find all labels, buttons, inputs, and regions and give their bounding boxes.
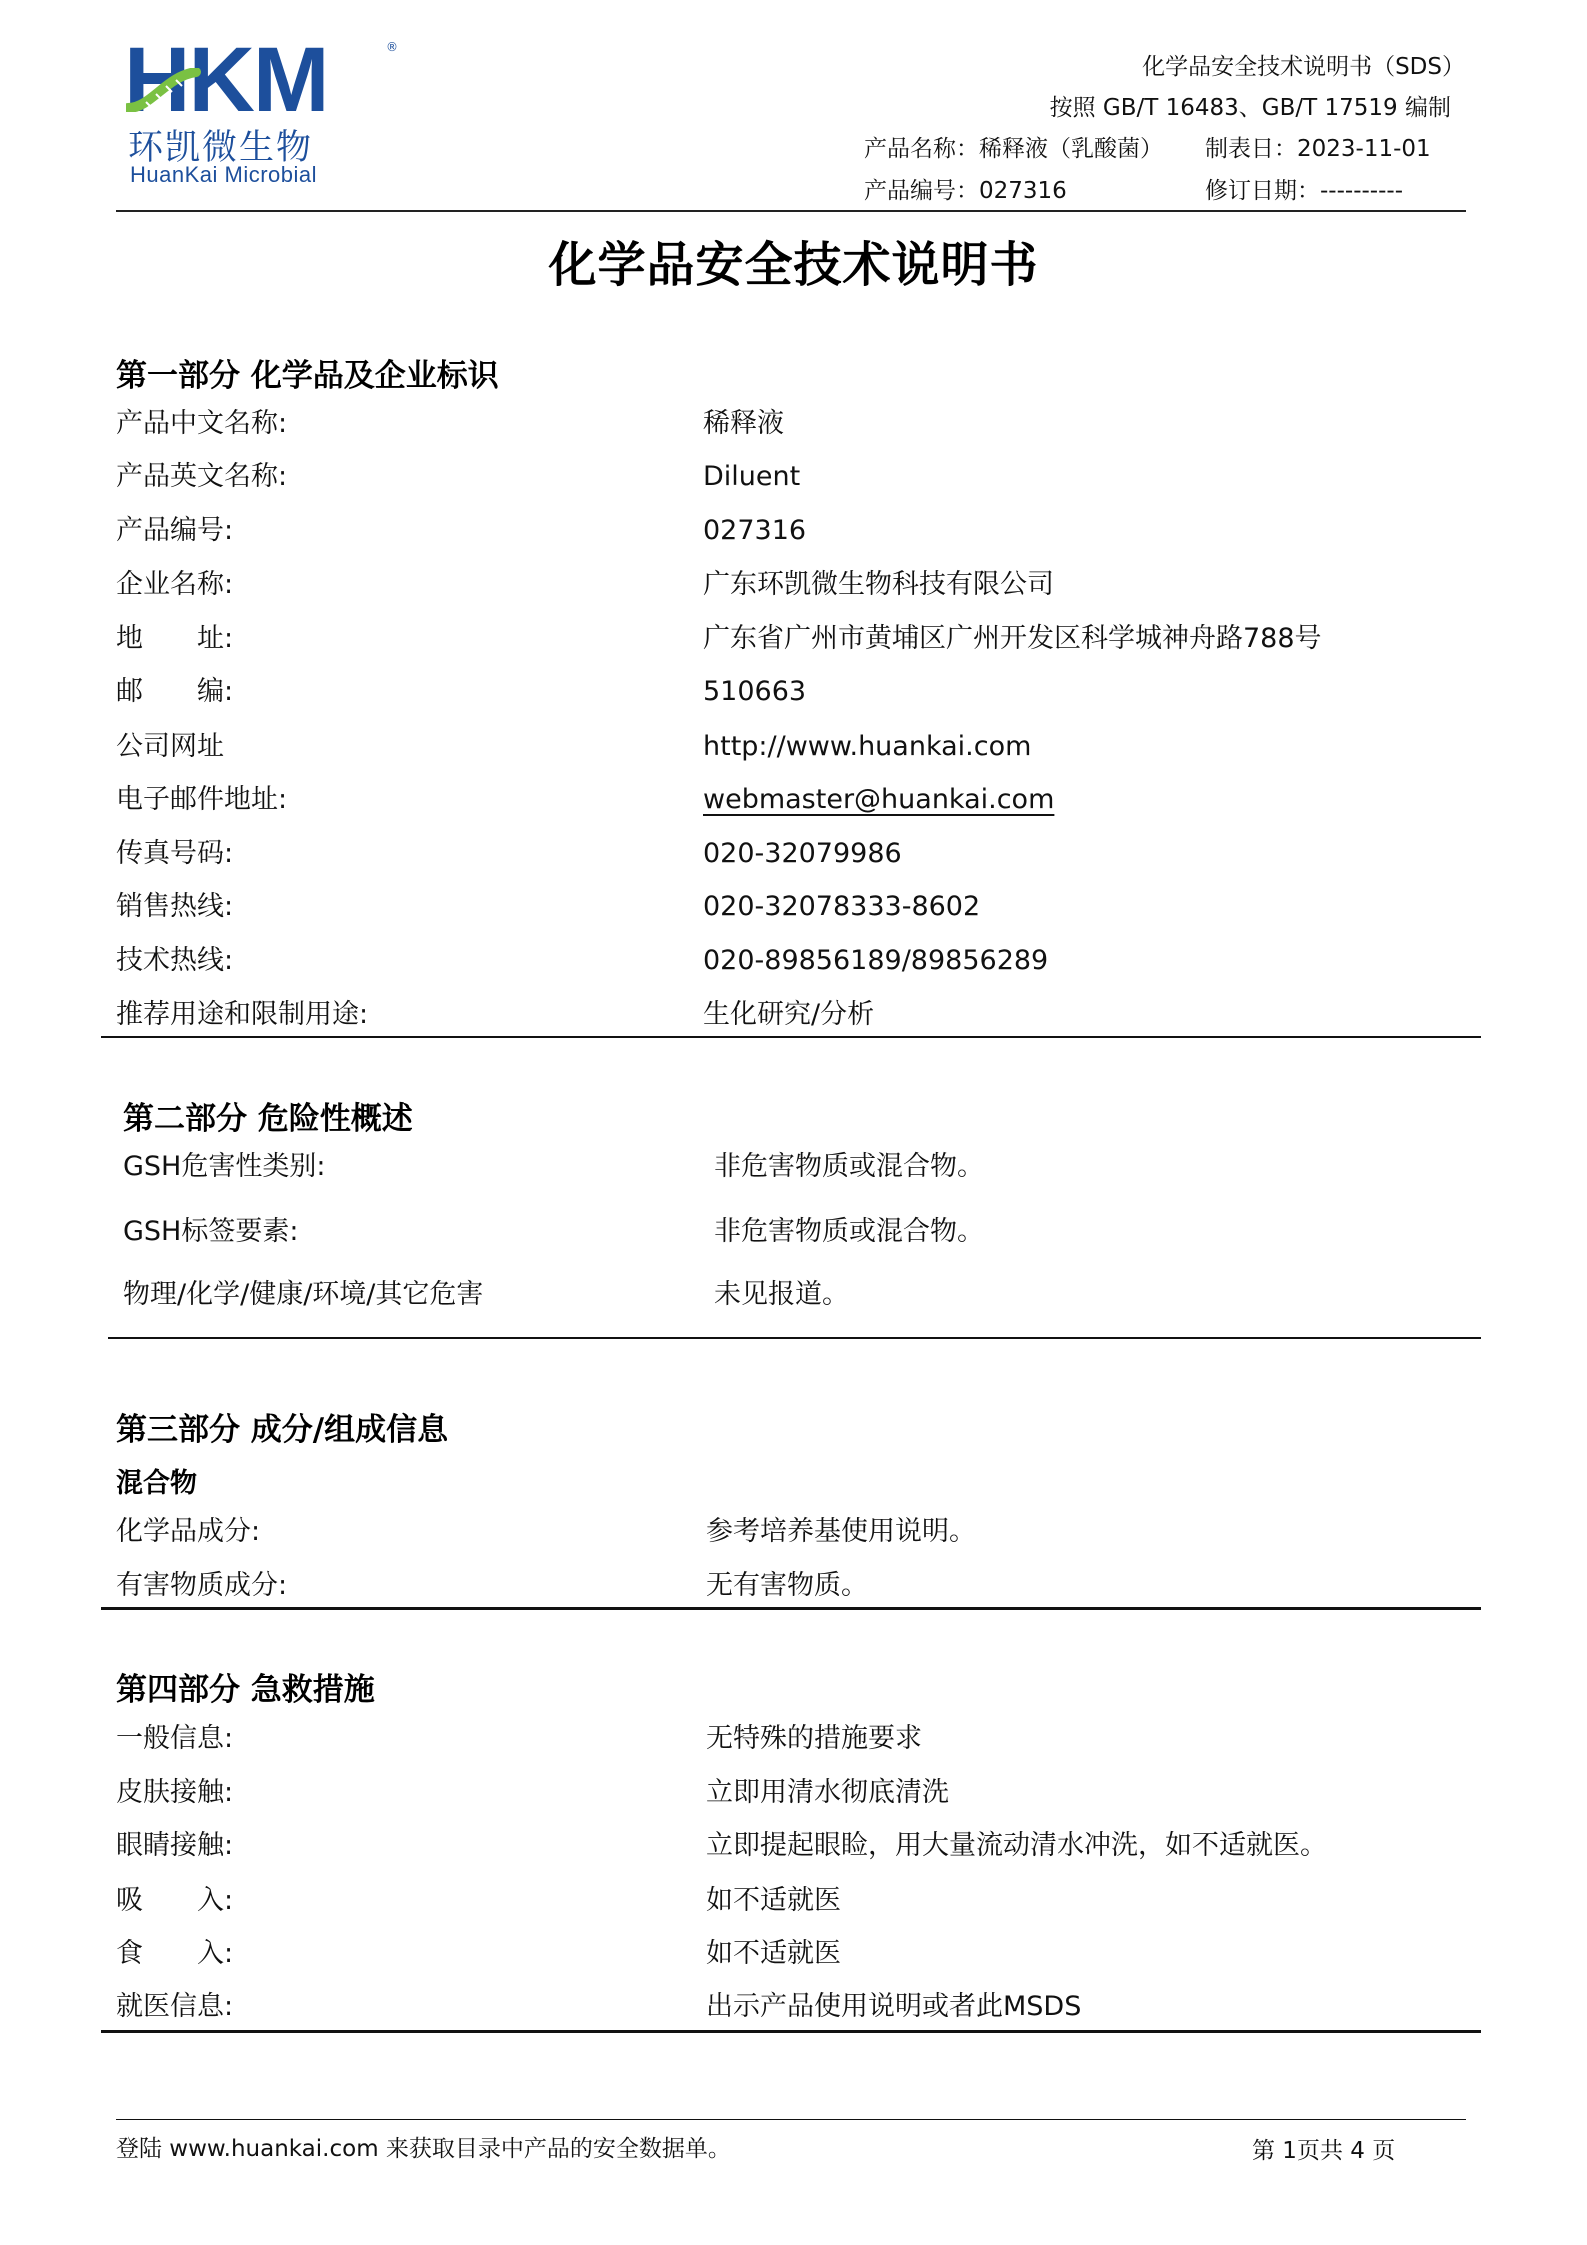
section-3-label: 化学品成分: — [116, 1515, 260, 1549]
section-1-label: 产品中文名称: — [116, 407, 287, 441]
header-standard: 按照 GB/T 16483、GB/T 17519 编制 — [1050, 89, 1451, 122]
section-1-title: 第一部分 化学品及企业标识 — [116, 350, 499, 395]
section-4-label: 眼睛接触: — [116, 1829, 233, 1863]
dna-helix-icon — [126, 68, 216, 112]
section-4-value: 如不适就医 — [706, 1884, 841, 1918]
section-4-value: 无特殊的措施要求 — [706, 1722, 922, 1756]
header-product-name: 产品名称：稀释液（乳酸菌） — [864, 130, 1163, 163]
section-1-value: 广东省广州市黄埔区广州开发区科学城神舟路788号 — [703, 622, 1322, 656]
revision-value: ---------- — [1320, 178, 1403, 204]
section-3-label: 有害物质成分: — [116, 1569, 287, 1603]
section-1-label: 产品编号: — [116, 514, 233, 548]
section-1-label: 推荐用途和限制用途: — [116, 998, 368, 1032]
document-title: 化学品安全技术说明书 — [0, 226, 1587, 295]
header-revision-date: 修订日期：---------- — [1205, 172, 1403, 205]
product-name-value: 稀释液（乳酸菌） — [979, 136, 1163, 162]
section-1-label: 企业名称: — [116, 568, 233, 602]
section-2-label: 物理/化学/健康/环境/其它危害 — [123, 1278, 483, 1312]
section-1-label: 公司网址 — [116, 730, 224, 764]
section-1-label: 地 址: — [116, 622, 233, 656]
section-1-value: 020-32079986 — [703, 837, 902, 871]
section-4-title: 第四部分 急救措施 — [116, 1664, 375, 1709]
section-4-value: 出示产品使用说明或者此MSDS — [706, 1990, 1081, 2024]
section-1-label: 传真号码: — [116, 837, 233, 871]
website-link[interactable]: http://www.huankai.com — [703, 730, 1031, 764]
section-1-label: 邮 编: — [116, 675, 233, 709]
section-1-value: 510663 — [703, 675, 806, 709]
footer-divider — [116, 2119, 1466, 2120]
header-product-code: 产品编号：027316 — [864, 172, 1067, 205]
email-link[interactable]: webmaster@huankai.com — [703, 783, 1054, 817]
section-4-divider — [101, 2030, 1481, 2033]
section-1-value: 广东环凯微生物科技有限公司 — [703, 568, 1054, 602]
section-1-value: 生化研究/分析 — [703, 998, 874, 1032]
product-name-label: 产品名称： — [864, 136, 979, 162]
made-date-label: 制表日： — [1205, 136, 1297, 162]
section-1-value: 027316 — [703, 514, 806, 548]
section-1-value: 稀释液 — [703, 407, 784, 441]
section-3-divider — [101, 1607, 1481, 1610]
section-1-value: 020-89856189/89856289 — [703, 944, 1048, 978]
section-2-label: GSH危害性类别: — [123, 1150, 325, 1184]
section-2-label: GSH标签要素: — [123, 1215, 298, 1249]
section-4-label: 食 入: — [116, 1937, 233, 1971]
logo-english-name: HuanKai Microbial — [130, 162, 317, 188]
section-4-label: 吸 入: — [116, 1884, 233, 1918]
section-1-value: 020-32078333-8602 — [703, 890, 980, 924]
section-1-label: 产品英文名称: — [116, 460, 287, 494]
product-code-label: 产品编号： — [864, 178, 979, 204]
footer-note: 登陆 www.huankai.com 来获取目录中产品的安全数据单。 — [116, 2130, 731, 2163]
section-4-label: 一般信息: — [116, 1722, 233, 1756]
section-2-value: 未见报道。 — [714, 1278, 849, 1312]
section-4-value: 立即提起眼睑，用大量流动清水冲洗，如不适就医。 — [706, 1829, 1327, 1863]
section-1-label: 电子邮件地址: — [116, 783, 287, 817]
section-4-label: 皮肤接触: — [116, 1776, 233, 1810]
section-1-label: 技术热线: — [116, 944, 233, 978]
section-4-value: 如不适就医 — [706, 1937, 841, 1971]
section-1-label: 销售热线: — [116, 890, 233, 924]
revision-label: 修订日期： — [1205, 178, 1320, 204]
section-3-title: 第三部分 成分/组成信息 — [116, 1404, 448, 1449]
section-2-title: 第二部分 危险性概述 — [123, 1093, 413, 1138]
section-3-subtitle: 混合物 — [116, 1461, 197, 1500]
made-date-value: 2023-11-01 — [1297, 136, 1431, 162]
section-4-value: 立即用清水彻底清洗 — [706, 1776, 949, 1810]
section-2-divider — [108, 1337, 1481, 1339]
section-1-divider — [101, 1036, 1481, 1038]
section-1-value: Diluent — [703, 460, 800, 494]
company-logo: HKM ® 环凯微生物 HuanKai Microbial — [124, 40, 404, 190]
header-doc-type: 化学品安全技术说明书（SDS） — [1142, 48, 1465, 81]
header-divider — [116, 210, 1466, 212]
header-made-date: 制表日：2023-11-01 — [1205, 130, 1431, 163]
registered-mark: ® — [386, 40, 398, 54]
section-2-value: 非危害物质或混合物。 — [714, 1215, 984, 1249]
page-number: 第 1页共 4 页 — [1252, 2132, 1395, 2165]
section-3-value: 无有害物质。 — [706, 1569, 868, 1603]
section-2-value: 非危害物质或混合物。 — [714, 1150, 984, 1184]
product-code-value: 027316 — [979, 178, 1067, 204]
section-4-label: 就医信息: — [116, 1990, 233, 2024]
section-3-value: 参考培养基使用说明。 — [706, 1515, 976, 1549]
